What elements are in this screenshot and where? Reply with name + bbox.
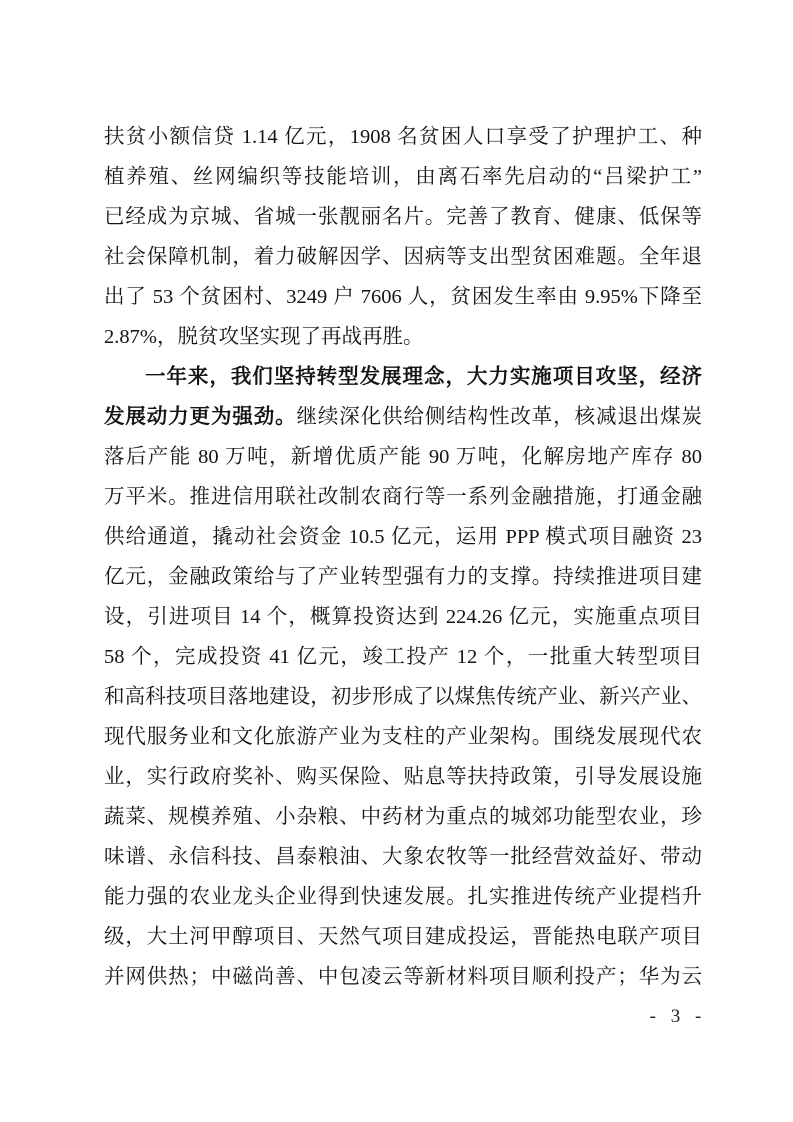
text-segment: 并网供热；中磁尚善、中包凌云等新材料项目顺利投产；华为云 bbox=[104, 966, 702, 988]
emphasis-text-segment: 发展动力更为强劲。 bbox=[104, 406, 297, 428]
text-line: 已经成为京城、省城一张靓丽名片。完善了教育、健康、低保等 bbox=[104, 197, 702, 237]
text-segment: 出了 53 个贫困村、3249 户 7606 人，贫困发生率由 9.95%下降至 bbox=[104, 286, 702, 308]
text-segment: 设，引进项目 14 个，概算投资达到 224.26 亿元，实施重点项目 bbox=[104, 606, 702, 628]
text-line: 供给通道，撬动社会资金 10.5 亿元，运用 PPP 模式项目融资 23 bbox=[104, 517, 702, 557]
page-number: - 3 - bbox=[628, 1006, 728, 1028]
text-segment: 万平米。推进信用联社改制农商行等一系列金融措施，打通金融 bbox=[104, 486, 702, 508]
text-line: 2.87%，脱贫攻坚实现了再战再胜。 bbox=[104, 317, 702, 357]
text-segment: 级，大土河甲醇项目、天然气项目建成投运，晋能热电联产项目 bbox=[104, 926, 702, 948]
text-segment: 蔬菜、规模养殖、小杂粮、中药材为重点的城郊功能型农业，珍 bbox=[104, 806, 702, 828]
text-line: 级，大土河甲醇项目、天然气项目建成投运，晋能热电联产项目 bbox=[104, 917, 702, 957]
text-line: 并网供热；中磁尚善、中包凌云等新材料项目顺利投产；华为云 bbox=[104, 957, 702, 997]
text-segment: 亿元，金融政策给与了产业转型强有力的支撑。持续推进项目建 bbox=[104, 566, 702, 588]
text-segment: 现代服务业和文化旅游产业为支柱的产业架构。围绕发展现代农 bbox=[104, 726, 702, 748]
text-line: 社会保障机制，着力破解因学、因病等支出型贫困难题。全年退 bbox=[104, 237, 702, 277]
text-line: 能力强的农业龙头企业得到快速发展。扎实推进传统产业提档升 bbox=[104, 877, 702, 917]
text-segment: 能力强的农业龙头企业得到快速发展。扎实推进传统产业提档升 bbox=[104, 886, 702, 908]
text-segment: 业，实行政府奖补、购买保险、贴息等扶持政策，引导发展设施 bbox=[104, 766, 702, 788]
text-line: 亿元，金融政策给与了产业转型强有力的支撑。持续推进项目建 bbox=[104, 557, 702, 597]
text-block: 扶贫小额信贷 1.14 亿元，1908 名贫困人口享受了护理护工、种植养殖、丝网… bbox=[104, 117, 702, 997]
text-line: 味谱、永信科技、昌泰粮油、大象农牧等一批经营效益好、带动 bbox=[104, 837, 702, 877]
text-segment: 社会保障机制，着力破解因学、因病等支出型贫困难题。全年退 bbox=[104, 246, 702, 268]
text-segment: 继续深化供给侧结构性改革，核减退出煤炭 bbox=[297, 406, 703, 428]
emphasis-text-segment: 一年来，我们坚持转型发展理念，大力实施项目攻坚，经济 bbox=[145, 366, 702, 388]
text-segment: 供给通道，撬动社会资金 10.5 亿元，运用 PPP 模式项目融资 23 bbox=[104, 526, 702, 548]
text-segment: 已经成为京城、省城一张靓丽名片。完善了教育、健康、低保等 bbox=[104, 206, 702, 228]
text-segment: 植养殖、丝网编织等技能培训，由离石率先启动的“吕梁护工” bbox=[104, 166, 702, 188]
text-segment: 落后产能 80 万吨，新增优质产能 90 万吨，化解房地产库存 80 bbox=[104, 446, 702, 468]
text-line: 现代服务业和文化旅游产业为支柱的产业架构。围绕发展现代农 bbox=[104, 717, 702, 757]
text-segment: 和高科技项目落地建设，初步形成了以煤焦传统产业、新兴产业、 bbox=[104, 686, 702, 708]
text-line: 植养殖、丝网编织等技能培训，由离石率先启动的“吕梁护工” bbox=[104, 157, 702, 197]
text-segment: 味谱、永信科技、昌泰粮油、大象农牧等一批经营效益好、带动 bbox=[104, 846, 702, 868]
text-line: 万平米。推进信用联社改制农商行等一系列金融措施，打通金融 bbox=[104, 477, 702, 517]
text-segment: 58 个，完成投资 41 亿元，竣工投产 12 个，一批重大转型项目 bbox=[104, 646, 702, 668]
text-line: 业，实行政府奖补、购买保险、贴息等扶持政策，引导发展设施 bbox=[104, 757, 702, 797]
text-segment: 2.87%，脱贫攻坚实现了再战再胜。 bbox=[104, 326, 423, 348]
text-line: 蔬菜、规模养殖、小杂粮、中药材为重点的城郊功能型农业，珍 bbox=[104, 797, 702, 837]
text-line: 落后产能 80 万吨，新增优质产能 90 万吨，化解房地产库存 80 bbox=[104, 437, 702, 477]
text-line: 扶贫小额信贷 1.14 亿元，1908 名贫困人口享受了护理护工、种 bbox=[104, 117, 702, 157]
text-line: 发展动力更为强劲。继续深化供给侧结构性改革，核减退出煤炭 bbox=[104, 397, 702, 437]
text-line: 出了 53 个贫困村、3249 户 7606 人，贫困发生率由 9.95%下降至 bbox=[104, 277, 702, 317]
text-segment: 扶贫小额信贷 1.14 亿元，1908 名贫困人口享受了护理护工、种 bbox=[104, 126, 702, 148]
document-page: 扶贫小额信贷 1.14 亿元，1908 名贫困人口享受了护理护工、种植养殖、丝网… bbox=[0, 0, 793, 1122]
text-line: 58 个，完成投资 41 亿元，竣工投产 12 个，一批重大转型项目 bbox=[104, 637, 702, 677]
text-line: 和高科技项目落地建设，初步形成了以煤焦传统产业、新兴产业、 bbox=[104, 677, 702, 717]
text-line: 一年来，我们坚持转型发展理念，大力实施项目攻坚，经济 bbox=[104, 357, 702, 397]
text-line: 设，引进项目 14 个，概算投资达到 224.26 亿元，实施重点项目 bbox=[104, 597, 702, 637]
